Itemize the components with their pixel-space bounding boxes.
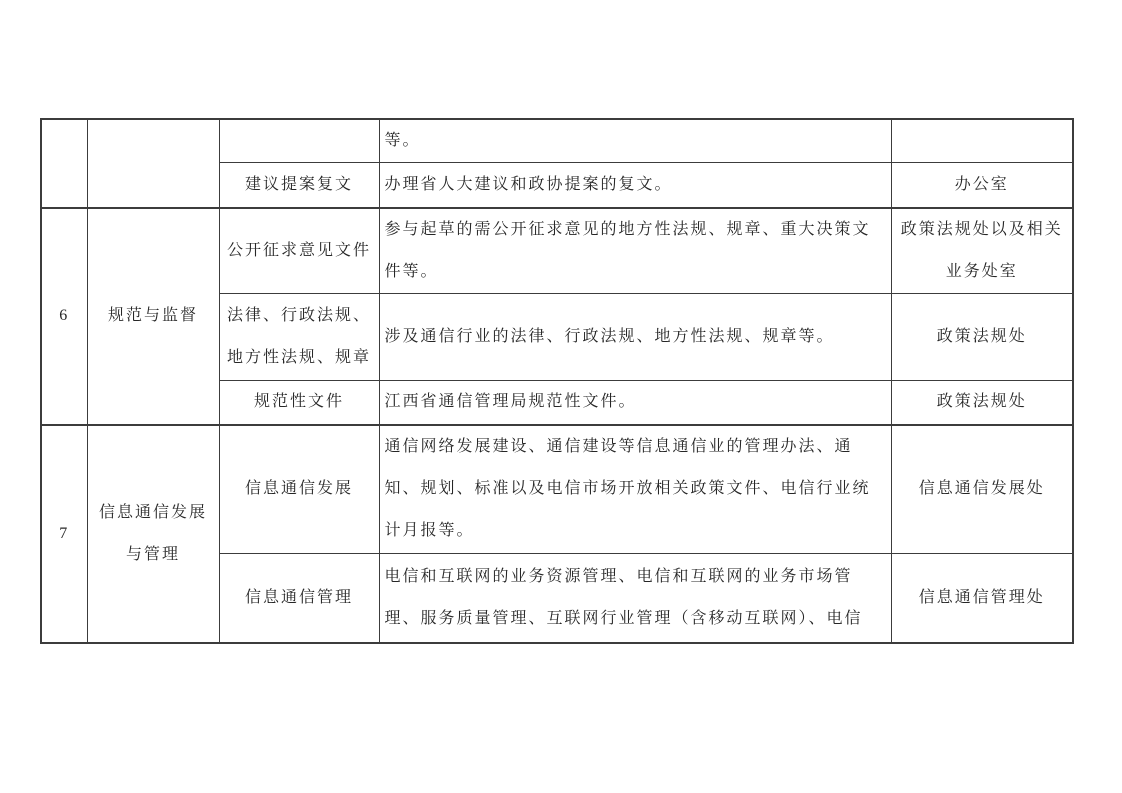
description-cell: 涉及通信行业的法律、行政法规、地方性法规、规章等。 xyxy=(379,293,891,380)
row-number-cell: 6 xyxy=(41,208,87,426)
subcategory-cell: 法律、行政法规、 地方性法规、规章 xyxy=(219,293,379,380)
table-row: 等。 xyxy=(41,119,1073,163)
row-number-cell xyxy=(41,119,87,208)
description-cell: 通信网络发展建设、通信建设等信息通信业的管理办法、通 知、规划、标准以及电信市场… xyxy=(379,425,891,553)
department-cell xyxy=(891,119,1073,163)
table-row: 6 规范与监督 公开征求意见文件 参与起草的需公开征求意见的地方性法规、规章、重… xyxy=(41,208,1073,294)
description-cell: 电信和互联网的业务资源管理、电信和互联网的业务市场管 理、服务质量管理、互联网行… xyxy=(379,553,891,643)
category-cell: 信息通信发展 与管理 xyxy=(87,425,219,643)
department-cell: 政策法规处 xyxy=(891,380,1073,425)
department-cell: 信息通信发展处 xyxy=(891,425,1073,553)
row-number-cell: 7 xyxy=(41,425,87,643)
subcategory-cell: 信息通信发展 xyxy=(219,425,379,553)
department-cell: 办公室 xyxy=(891,163,1073,208)
subcategory-cell: 信息通信管理 xyxy=(219,553,379,643)
subcategory-cell: 建议提案复文 xyxy=(219,163,379,208)
description-cell: 办理省人大建议和政协提案的复文。 xyxy=(379,163,891,208)
description-cell: 参与起草的需公开征求意见的地方性法规、规章、重大决策文 件等。 xyxy=(379,208,891,294)
category-cell: 规范与监督 xyxy=(87,208,219,426)
category-cell xyxy=(87,119,219,208)
department-cell: 政策法规处 xyxy=(891,293,1073,380)
department-cell: 信息通信管理处 xyxy=(891,553,1073,643)
document-page: 等。 建议提案复文 办理省人大建议和政协提案的复文。 办公室 6 规范与监督 公… xyxy=(0,0,1122,793)
subcategory-cell: 公开征求意见文件 xyxy=(219,208,379,294)
responsibility-table: 等。 建议提案复文 办理省人大建议和政协提案的复文。 办公室 6 规范与监督 公… xyxy=(40,118,1074,644)
table-row: 7 信息通信发展 与管理 信息通信发展 通信网络发展建设、通信建设等信息通信业的… xyxy=(41,425,1073,553)
department-cell: 政策法规处以及相关 业务处室 xyxy=(891,208,1073,294)
description-cell: 江西省通信管理局规范性文件。 xyxy=(379,380,891,425)
subcategory-cell: 规范性文件 xyxy=(219,380,379,425)
description-cell: 等。 xyxy=(379,119,891,163)
subcategory-cell xyxy=(219,119,379,163)
